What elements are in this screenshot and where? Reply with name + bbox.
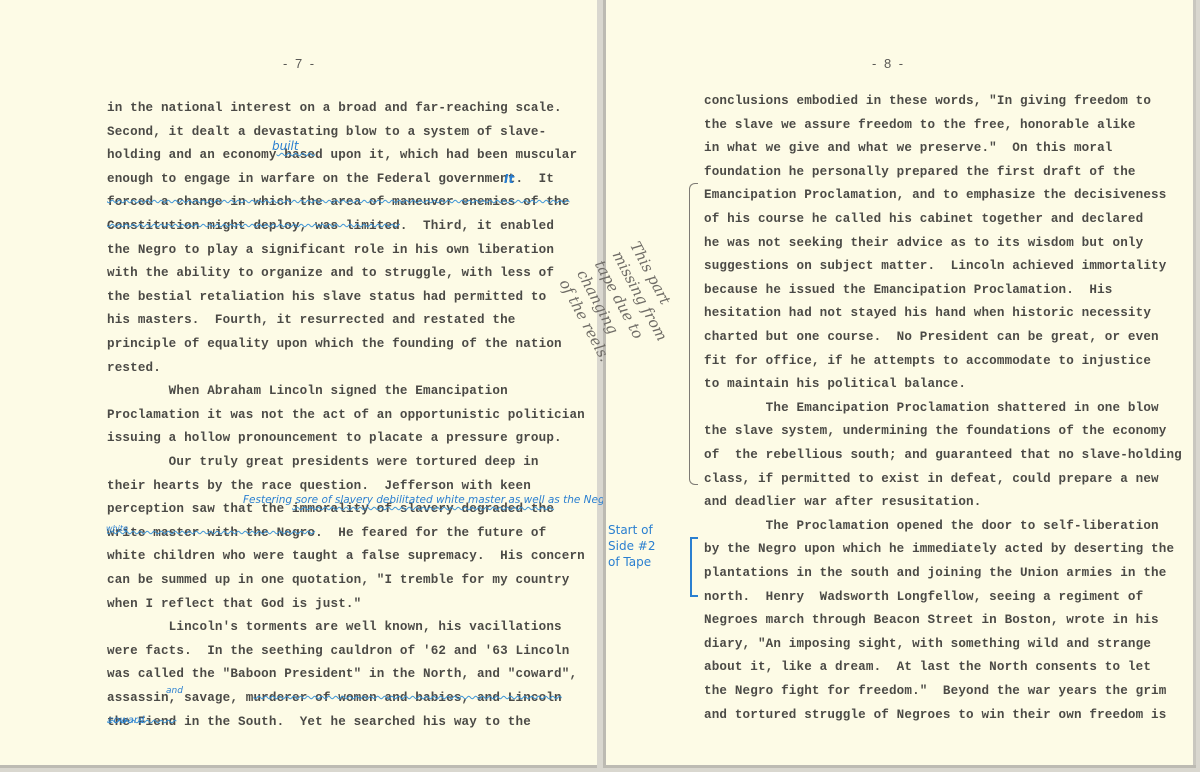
- text-line: north. Henry Wadsworth Longfellow, seein…: [704, 590, 1143, 604]
- annotation-white: white: [106, 524, 128, 533]
- page-number: - 7 -: [283, 56, 316, 71]
- text-line: the Fiend in the South. Yet he searched …: [107, 715, 531, 729]
- text-line: Our truly great presidents were tortured…: [107, 455, 539, 469]
- margin-note-blue: Start of Side #2 of Tape: [608, 522, 655, 570]
- text-line: the slave we assure freedom to the free,…: [704, 118, 1136, 132]
- page-7: - 7 - in the national interest on a broa…: [0, 0, 597, 768]
- text-line: and deadlier war after resusitation.: [704, 495, 981, 509]
- text-line: because he issued the Emancipation Procl…: [704, 283, 1113, 297]
- annotation-festering: Festering sore of slavery debilitated wh…: [243, 494, 619, 506]
- text-line: rested.: [107, 361, 161, 375]
- text-line: Constitution might deploy, was limited. …: [107, 219, 554, 233]
- text-line: fit for office, if he attempts to accomm…: [704, 354, 1151, 368]
- text-line: diary, "An imposing sight, with somethin…: [704, 637, 1151, 651]
- annotation-and: and: [166, 686, 183, 696]
- text-line: conclusions embodied in these words, "In…: [704, 94, 1151, 108]
- text-line: in the national interest on a broad and …: [107, 101, 562, 115]
- text-line: was called the "Baboon President" in the…: [107, 667, 577, 681]
- text-line: the slave system, undermining the founda…: [704, 424, 1166, 438]
- text-line: Proclamation it was not the act of an op…: [107, 408, 585, 422]
- text-line: class, if permitted to exist in defeat, …: [704, 472, 1159, 486]
- text-line: holding and an economy based upon it, wh…: [107, 148, 577, 162]
- page-8: - 8 - conclusions embodied in these word…: [603, 0, 1196, 768]
- text-line: The Proclamation opened the door to self…: [704, 519, 1159, 533]
- text-line: of the rebellious south; and guaranteed …: [704, 448, 1182, 462]
- margin-bracket-blue: [690, 537, 698, 597]
- text-line: can be summed up in one quotation, "I tr…: [107, 573, 569, 587]
- page-number: - 8 -: [872, 56, 905, 71]
- text-line: plantations in the south and joining the…: [704, 566, 1166, 580]
- text-line: issuing a hollow pronouncement to placat…: [107, 431, 562, 445]
- annotation-built: built: [272, 139, 299, 153]
- margin-bracket-pencil: [689, 183, 698, 485]
- text-line: the Negro fight for freedom." Beyond the…: [704, 684, 1166, 698]
- text-line: when I reflect that God is just.": [107, 597, 361, 611]
- text-line: were facts. In the seething cauldron of …: [107, 644, 569, 658]
- struck-text: Constitution might deploy, was limited: [107, 219, 400, 233]
- text-line: Lincoln's torments are well known, his v…: [107, 620, 562, 634]
- text-line: suggestions on subject matter. Lincoln a…: [704, 259, 1166, 273]
- text-line: Second, it dealt a devastating blow to a…: [107, 125, 546, 139]
- text-line: charted but one course. No President can…: [704, 330, 1159, 344]
- text-line: Emancipation Proclamation, and to emphas…: [704, 188, 1166, 202]
- struck-text: write master with the Negro: [107, 526, 315, 540]
- text-line: their hearts by the race question. Jeffe…: [107, 479, 531, 493]
- text-line: white children who were taught a false s…: [107, 549, 585, 563]
- text-line: enough to engage in warfare on the Feder…: [107, 172, 554, 186]
- struck-text: forced a change in which the area of man…: [107, 195, 569, 209]
- annotation-it: It: [504, 172, 514, 186]
- text-line: to maintain his political balance.: [704, 377, 966, 391]
- text-line: the bestial retaliation his slave status…: [107, 290, 546, 304]
- text-line: principle of equality upon which the fou…: [107, 337, 562, 351]
- text-line: When Abraham Lincoln signed the Emancipa…: [107, 384, 508, 398]
- text-line: Negroes march through Beacon Street in B…: [704, 613, 1159, 627]
- text-line: forced a change in which the area of man…: [107, 195, 569, 209]
- text-line: his masters. Fourth, it resurrected and …: [107, 313, 516, 327]
- text-line: write master with the Negro. He feared f…: [107, 526, 546, 540]
- text-line: of his course he called his cabinet toge…: [704, 212, 1143, 226]
- text-line: foundation he personally prepared the fi…: [704, 165, 1136, 179]
- text-line: he was not seeking their advice as to it…: [704, 236, 1143, 250]
- annotation-coward: coward: [108, 715, 144, 726]
- text-line: the Negro to play a significant role in …: [107, 243, 554, 257]
- text-line: by the Negro upon which he immediately a…: [704, 542, 1174, 556]
- text-line: in what we give and what we preserve." O…: [704, 141, 1113, 155]
- text-line: and tortured struggle of Negroes to win …: [704, 708, 1166, 722]
- text-line: The Emancipation Proclamation shattered …: [704, 401, 1159, 415]
- text-line: with the ability to organize and to stru…: [107, 266, 554, 280]
- struck-text: urderer of women and babies, and Lincoln: [253, 691, 561, 705]
- text-line: hesitation had not stayed his hand when …: [704, 306, 1151, 320]
- text-line: about it, like a dream. At last the Nort…: [704, 660, 1151, 674]
